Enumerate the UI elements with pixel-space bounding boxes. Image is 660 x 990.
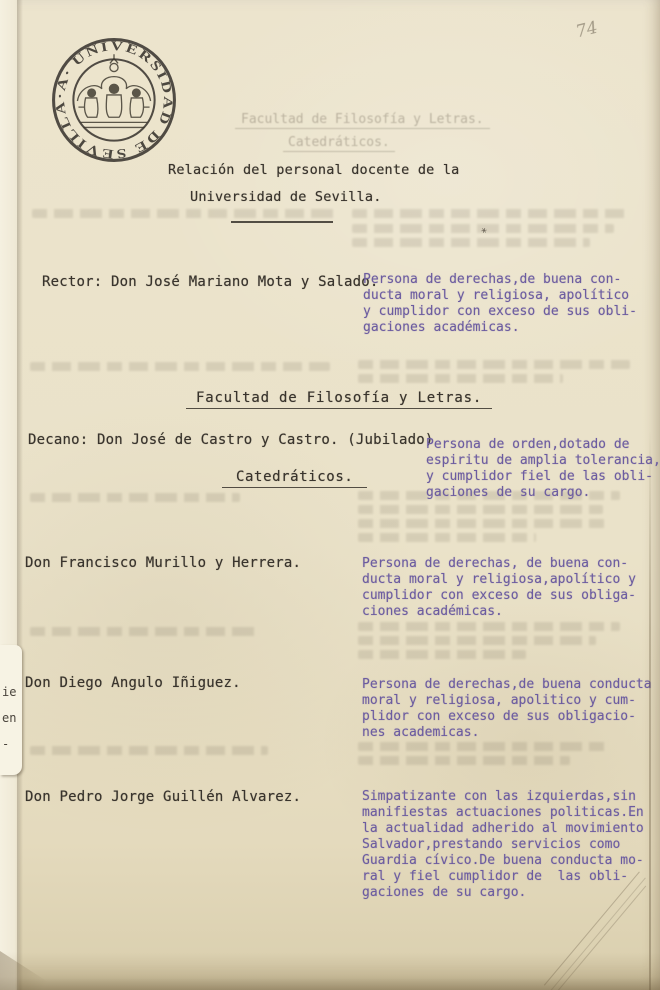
ghost-text-band: [30, 627, 258, 636]
rector-assessment-note: Persona de derechas,de buena con- ducta …: [363, 272, 648, 336]
ghost-heading-faculty: Facultad de Filosofía y Letras.: [235, 112, 490, 127]
fragment-text: -: [2, 737, 9, 751]
ghost-text-band: [358, 505, 603, 514]
professor-assessment-note: Persona de derechas, de buena con- ducta…: [362, 556, 647, 620]
university-seal: UNIVERSIDAD DE SEVILLA·A·: [50, 36, 178, 164]
ghost-text-band: [358, 519, 610, 528]
document-title-line1: Relación del personal docente de la: [168, 162, 459, 178]
title-underline: [231, 221, 333, 223]
professor-name: Don Francisco Murillo y Herrera.: [25, 555, 301, 571]
ghost-text-band: [352, 238, 590, 247]
faculty-section-heading: Facultad de Filosofía y Letras.: [186, 390, 492, 406]
dean-name-line: Decano: Don José de Castro y Castro. (Ju…: [28, 432, 434, 448]
ghost-text-band: [358, 636, 596, 645]
document-title-line2: Universidad de Sevilla.: [190, 189, 382, 205]
professor-assessment-note: Simpatizante con las izquierdas,sin mani…: [362, 789, 652, 901]
seal-emblem: [77, 54, 150, 127]
dean-assessment-note: Persona de orden,dotado de espiritu de a…: [426, 437, 660, 501]
torn-paper-fragment: ie en -: [0, 645, 22, 775]
ghost-text-band: [30, 746, 268, 755]
page-edge-shadow: [17, 0, 23, 990]
ghost-text-band: [358, 756, 570, 765]
ghost-text-band: [358, 533, 536, 542]
ghost-text-band: [32, 209, 337, 218]
paper-fold-line: [649, 430, 651, 990]
catedraticos-subheading: Catedráticos.: [222, 469, 367, 485]
ghost-text-band: [358, 360, 630, 369]
professor-name: Don Diego Angulo Iñiguez.: [25, 675, 241, 691]
ghost-text-band: [30, 362, 330, 371]
professor-assessment-note: Persona de derechas,de buena conducta mo…: [362, 677, 657, 741]
fragment-text: ie: [2, 685, 16, 699]
professor-name: Don Pedro Jorge Guillén Alvarez.: [25, 789, 301, 805]
ghost-text-band: [358, 742, 610, 751]
ghost-text-band: [352, 209, 627, 218]
ghost-text-band: [358, 622, 620, 631]
ghost-text-band: [358, 374, 563, 383]
ghost-heading-catedraticos: Catedráticos.: [283, 135, 395, 150]
bottom-edge-shadow: [0, 952, 660, 990]
ghost-text-band: [30, 493, 240, 502]
pencil-page-number: 74: [574, 18, 600, 43]
fragment-text: en: [2, 711, 16, 725]
ghost-text-band: [358, 650, 526, 659]
rector-name-line: Rector: Don José Mariano Mota y Salado.: [42, 274, 379, 290]
document-page: UNIVERSIDAD DE SEVILLA·A· 74 Facultad de…: [0, 0, 660, 990]
